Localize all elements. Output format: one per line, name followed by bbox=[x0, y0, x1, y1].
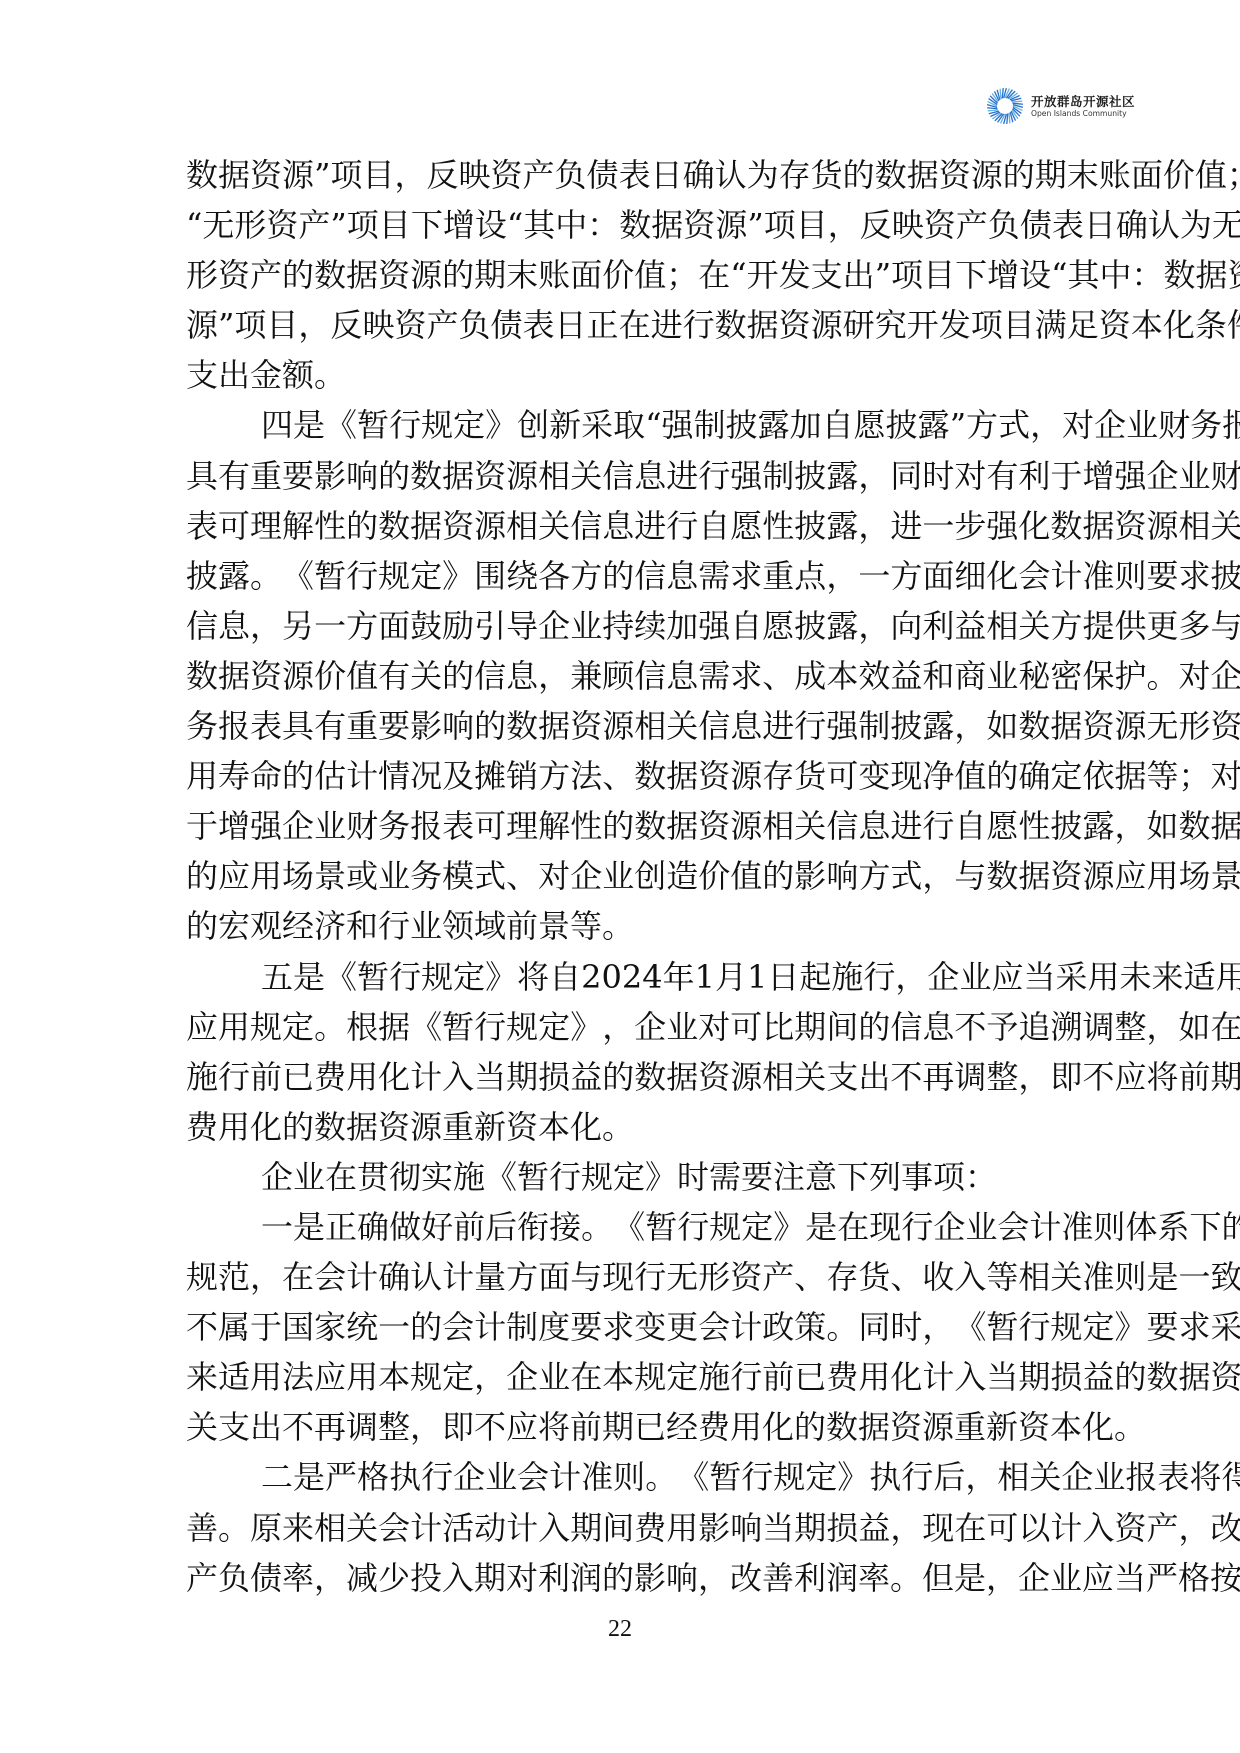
text-line: 企业在贯彻实施《暂行规定》时需要注意下列事项： bbox=[186, 1152, 1054, 1202]
text-line: 的应用场景或业务模式、对企业创造价值的影响方式，与数据资源应用场景相关 bbox=[186, 851, 1054, 901]
paragraph: 二是严格执行企业会计准则。《暂行规定》执行后，相关企业报表将得到改善。原来相关会… bbox=[186, 1452, 1054, 1602]
logo-title-en: Open Islands Community bbox=[1031, 109, 1135, 119]
text-line: 施行前已费用化计入当期损益的数据资源相关支出不再调整，即不应将前期已经 bbox=[186, 1052, 1054, 1102]
text-line: 数据资源价值有关的信息，兼顾信息需求、成本效益和商业秘密保护。对企业财 bbox=[186, 651, 1054, 701]
text-line: 四是《暂行规定》创新采取“强制披露加自愿披露”方式，对企业财务报表 bbox=[186, 400, 1054, 450]
text-line: 来适用法应用本规定，企业在本规定施行前已费用化计入当期损益的数据资源相 bbox=[186, 1352, 1054, 1402]
logo-text: 开放群岛开源社区 Open Islands Community bbox=[1031, 94, 1135, 119]
text-line: 不属于国家统一的会计制度要求变更会计政策。同时，《暂行规定》要求采用未 bbox=[186, 1302, 1054, 1352]
text-line: 关支出不再调整，即不应将前期已经费用化的数据资源重新资本化。 bbox=[186, 1402, 1054, 1452]
paragraph: 企业在贯彻实施《暂行规定》时需要注意下列事项： bbox=[186, 1152, 1054, 1202]
header-logo: 开放群岛开源社区 Open Islands Community bbox=[985, 86, 1185, 126]
document-body: 数据资源”项目，反映资产负债表日确认为存货的数据资源的期末账面价值；在“无形资产… bbox=[186, 150, 1054, 1603]
logo-title-cn: 开放群岛开源社区 bbox=[1031, 94, 1135, 109]
text-line: 披露。《暂行规定》围绕各方的信息需求重点，一方面细化会计准则要求披露的 bbox=[186, 551, 1054, 601]
text-line: 支出金额。 bbox=[186, 350, 1054, 400]
text-line: 表可理解性的数据资源相关信息进行自愿性披露，进一步强化数据资源相关信息 bbox=[186, 501, 1054, 551]
text-line: 具有重要影响的数据资源相关信息进行强制披露，同时对有利于增强企业财务报 bbox=[186, 451, 1054, 501]
text-line: 于增强企业财务报表可理解性的数据资源相关信息进行自愿性披露，如数据资源 bbox=[186, 801, 1054, 851]
text-line: “无形资产”项目下增设“其中：数据资源”项目，反映资产负债表日确认为无 bbox=[186, 200, 1054, 250]
text-line: 费用化的数据资源重新资本化。 bbox=[186, 1102, 1054, 1152]
text-line: 的宏观经济和行业领域前景等。 bbox=[186, 901, 1054, 951]
text-line: 一是正确做好前后衔接。《暂行规定》是在现行企业会计准则体系下的细化 bbox=[186, 1202, 1054, 1252]
text-line: 用寿命的估计情况及摊销方法、数据资源存货可变现净值的确定依据等；对有利 bbox=[186, 751, 1054, 801]
text-line: 源”项目，反映资产负债表日正在进行数据资源研究开发项目满足资本化条件的 bbox=[186, 300, 1054, 350]
paragraph: 五是《暂行规定》将自 2024 年 1 月 1 日起施行，企业应当采用未来适用法… bbox=[186, 952, 1054, 1152]
text-line: 五是《暂行规定》将自 2024 年 1 月 1 日起施行，企业应当采用未来适用法 bbox=[186, 952, 1054, 1002]
paragraph: 数据资源”项目，反映资产负债表日确认为存货的数据资源的期末账面价值；在“无形资产… bbox=[186, 150, 1054, 400]
text-line: 信息，另一方面鼓励引导企业持续加强自愿披露，向利益相关方提供更多与发挥 bbox=[186, 601, 1054, 651]
text-line: 务报表具有重要影响的数据资源相关信息进行强制披露，如数据资源无形资产使 bbox=[186, 701, 1054, 751]
text-line: 形资产的数据资源的期末账面价值；在“开发支出”项目下增设“其中：数据资 bbox=[186, 250, 1054, 300]
text-line: 善。原来相关会计活动计入期间费用影响当期损益，现在可以计入资产，改善资 bbox=[186, 1503, 1054, 1553]
text-line: 产负债率，减少投入期对利润的影响，改善利润率。但是，企业应当严格按照企 bbox=[186, 1553, 1054, 1603]
text-line: 规范，在会计确认计量方面与现行无形资产、存货、收入等相关准则是一致的， bbox=[186, 1252, 1054, 1302]
text-line: 应用规定。根据《暂行规定》，企业对可比期间的信息不予追溯调整，如在规定 bbox=[186, 1002, 1054, 1052]
page-number: 22 bbox=[0, 1616, 1240, 1643]
paragraph: 四是《暂行规定》创新采取“强制披露加自愿披露”方式，对企业财务报表具有重要影响的… bbox=[186, 400, 1054, 951]
sunburst-ring-logo-icon bbox=[985, 86, 1025, 126]
text-line: 数据资源”项目，反映资产负债表日确认为存货的数据资源的期末账面价值；在 bbox=[186, 150, 1054, 200]
paragraph: 一是正确做好前后衔接。《暂行规定》是在现行企业会计准则体系下的细化规范，在会计确… bbox=[186, 1202, 1054, 1452]
text-line: 二是严格执行企业会计准则。《暂行规定》执行后，相关企业报表将得到改 bbox=[186, 1452, 1054, 1502]
